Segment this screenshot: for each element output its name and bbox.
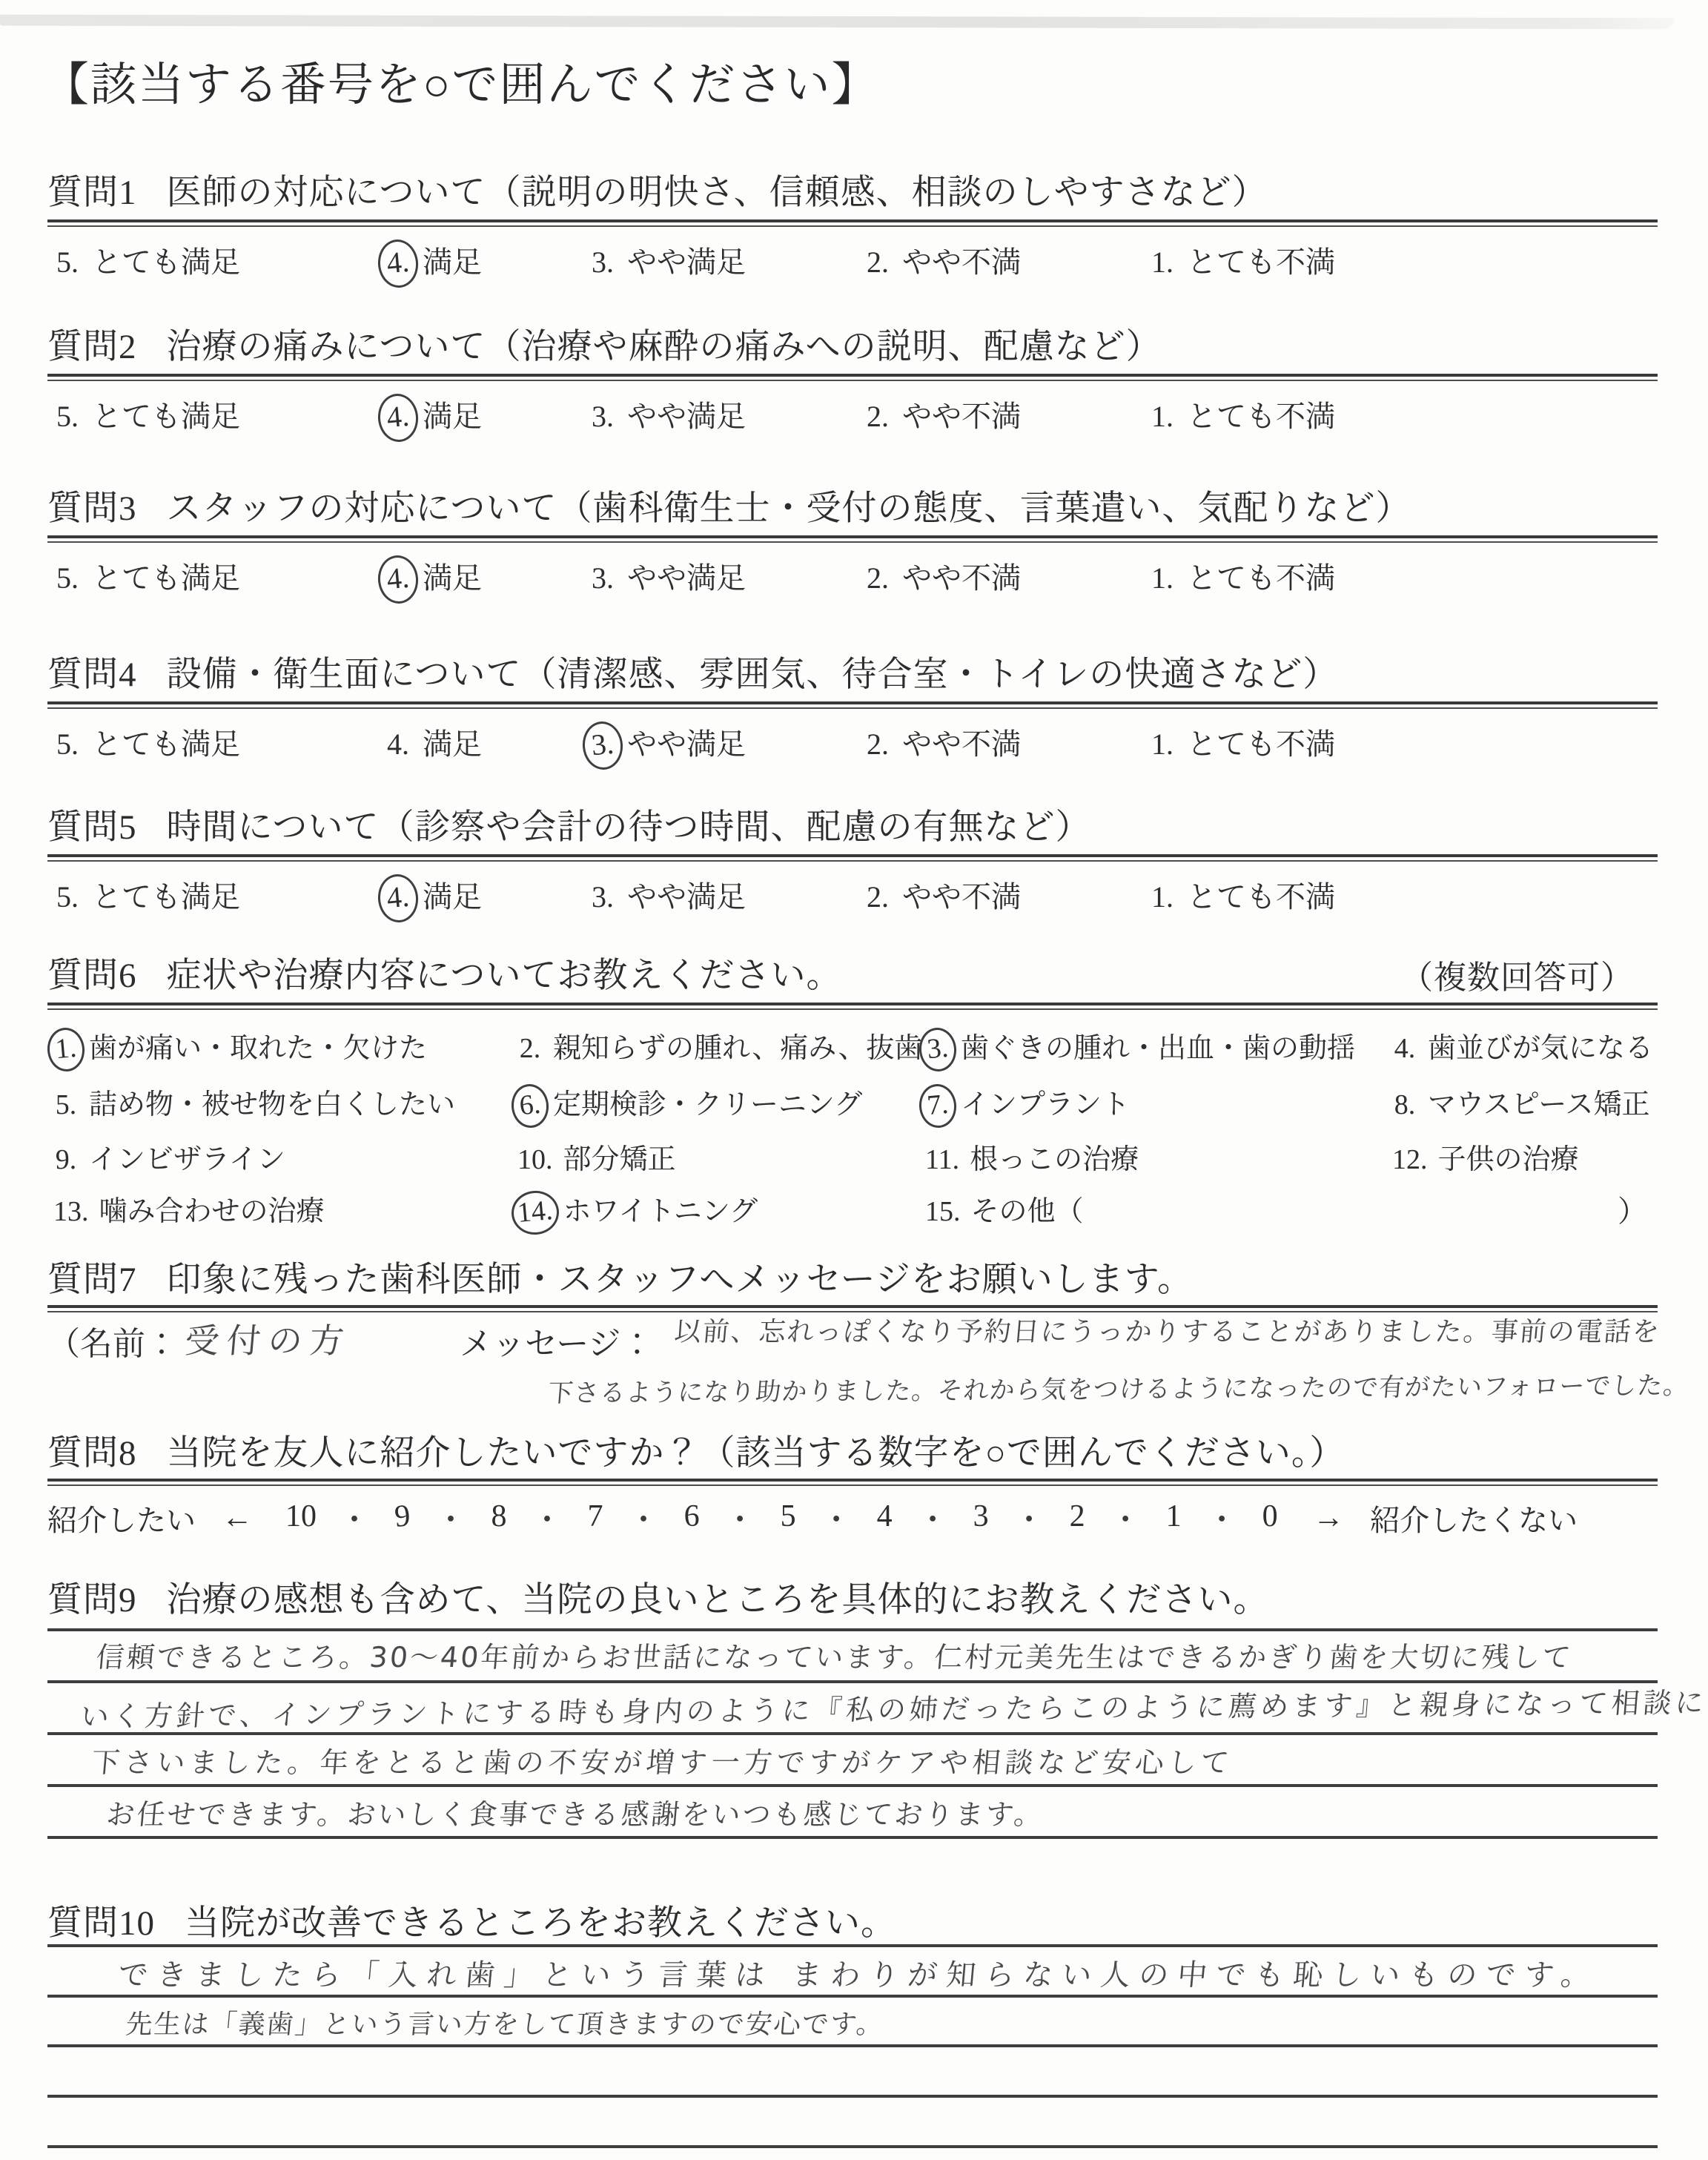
answer-rule [47,1628,1658,1631]
item-label: 定期検診・クリーニング [553,1089,862,1120]
question-topic: 治療の痛みについて（治療や麻酔の痛みへの説明、配慮など） [167,328,1162,366]
option-number: 1. [1142,874,1182,922]
option-label: やや満足 [627,880,746,914]
option-number: 4. [376,238,420,289]
scale-separator: ・ [532,1496,563,1540]
question-3-block: 質問3スタッフの対応について（歯科衛生士・受付の態度、言葉遣い、気配りなど） 5… [47,480,1661,530]
heading-underline [47,219,1658,227]
heading-underline [47,374,1658,381]
scale-separator: ・ [1110,1496,1141,1540]
symptom-item: 6.定期検診・クリーニング [512,1081,862,1128]
symptom-item: 11.根っこの治療 [919,1136,1139,1183]
rating-option: 1.とても不満 [1142,239,1335,288]
question-topic: 治療の感想も含めて、当院の良いところを具体的にお教えください。 [167,1581,1269,1619]
option-label: やや満足 [627,727,746,761]
name-label: （名前： [47,1317,178,1364]
option-number: 3. [583,555,623,604]
heading-underline [47,1003,1658,1010]
item-label: マウスピース矯正 [1428,1089,1649,1120]
rating-option: 1.とても不満 [1142,393,1335,442]
rating-option: 5.とても満足 [47,239,240,288]
answer-rule [47,1944,1658,1947]
symptom-item: 9.インビザライン [47,1136,285,1183]
message-area: （名前： 受付の方 メッセージ： 以前、忘れっぽくなり予約日にうっかりすることが… [47,1317,1708,1436]
symptom-item: 10.部分矯正 [512,1136,676,1183]
handwritten-answer-line: お任せできます。おいしく食事できる感謝をいつも感じております。 [105,1791,1047,1832]
question-7-heading: 質問7印象に残った歯科医師・スタッフへメッセージをお願いします。 [47,1252,1661,1301]
item-label: ホワイトニング [563,1196,758,1227]
scale-separator: ・ [724,1496,755,1540]
rating-option: 4.満足 [378,873,482,922]
rating-options-row: 5.とても満足 4.満足 3.やや満足 2.やや不満 1.とても不満 [47,239,1708,294]
handwritten-message-line1: 以前、忘れっぽくなり予約日にうっかりすることがありました。事前の電話を [673,1311,1662,1349]
scale-number: 0 [1253,1493,1287,1542]
option-label: とても満足 [92,400,240,433]
scale-number: 10 [279,1493,323,1542]
right-arrow-icon: → [1313,1500,1344,1536]
heading-underline [47,1479,1658,1486]
symptom-item: 5.詰め物・被せ物を白くしたい [47,1081,455,1128]
question-2-heading: 質問2治療の痛みについて（治療や麻酔の痛みへの説明、配慮など） [47,319,1661,369]
scale-left-label: 紹介したい [47,1497,196,1539]
rating-option: 2.やや不満 [858,393,1021,442]
question-8-block: 質問8当院を友人に紹介したいですか？（該当する数字を○で囲んでください。） 紹介… [47,1425,1661,1475]
other-close-paren: ） [1618,1188,1647,1230]
heading-underline [47,701,1658,709]
rating-options-row: 5.とても満足 4.満足 3.やや満足 2.やや不満 1.とても不満 [47,721,1708,776]
symptom-item: 15.その他（ [919,1188,1084,1235]
question-number: 質問1 [47,174,137,212]
option-label: やや不満 [902,880,1021,914]
rating-options-row: 5.とても満足 4.満足 3.やや満足 2.やや不満 1.とても不満 [47,555,1708,610]
question-1-heading: 質問1医師の対応について（説明の明快さ、信頼感、相談のしやすさなど） [47,165,1661,214]
question-topic: 印象に残った歯科医師・スタッフへメッセージをお願いします。 [167,1261,1193,1299]
left-arrow-icon: ← [222,1500,253,1536]
option-number: 2. [858,394,898,442]
question-number: 質問6 [47,957,137,995]
item-number: 8. [1386,1084,1423,1128]
item-number: 15. [919,1191,967,1235]
rating-option: 1.とても不満 [1142,721,1335,770]
option-label: やや満足 [627,400,746,433]
item-number: 10. [512,1139,559,1183]
scale-separator: ・ [339,1496,370,1540]
rating-option: 3.やや満足 [583,239,746,288]
item-number: 9. [47,1139,85,1183]
item-label: 子供の治療 [1438,1144,1579,1175]
option-number: 2. [858,874,898,922]
item-number: 11. [919,1139,965,1183]
option-label: やや満足 [627,245,746,279]
scale-separator: ・ [917,1496,948,1540]
item-number: 7. [918,1083,959,1129]
item-label: 歯が痛い・取れた・欠けた [89,1033,427,1064]
question-3-heading: 質問3スタッフの対応について（歯科衛生士・受付の態度、言葉遣い、気配りなど） [47,480,1661,530]
option-number: 5. [47,240,87,288]
rating-option: 4.満足 [378,239,482,288]
rating-option: 2.やや不満 [858,721,1021,770]
question-number: 質問4 [47,655,137,694]
symptom-item: 1.歯が痛い・取れた・欠けた [47,1025,427,1071]
item-label: 歯並びが気になる [1428,1033,1653,1064]
rating-option: 5.とても満足 [47,873,240,922]
answer-rule [47,1836,1658,1839]
option-number: 3. [580,720,624,771]
option-label: やや不満 [902,400,1021,433]
question-2-block: 質問2治療の痛みについて（治療や麻酔の痛みへの説明、配慮など） 5.とても満足 … [47,319,1661,369]
scale-number: 9 [383,1492,422,1544]
rating-option: 5.とても満足 [47,555,240,604]
option-label: やや満足 [627,561,746,595]
rating-option: 3.やや満足 [583,873,746,922]
option-number: 4. [376,392,420,443]
question-number: 質問2 [47,328,137,366]
heading-underline [47,535,1658,543]
question-5-block: 質問5時間について（診察や会計の待つ時間、配慮の有無など） 5.とても満足 4.… [47,799,1661,849]
handwritten-answer-line: 下さいました。年をとると歯の不安が増す一方ですがケアや相談など安心して [90,1740,1236,1780]
rating-option: 3.やや満足 [583,555,746,604]
question-6-block: 質問6症状や治療内容についてお教えください。 （複数回答可） 1.歯が痛い・取れ… [47,948,1661,997]
option-number: 5. [47,394,87,442]
option-label: とても不満 [1187,727,1335,761]
option-label: 満足 [423,880,482,914]
scale-right-label: 紹介したくない [1370,1497,1578,1539]
item-number: 1. [46,1026,87,1073]
item-number: 3. [918,1026,959,1073]
option-label: とても不満 [1187,245,1335,279]
scale-separator: ・ [1206,1496,1237,1540]
scale-number: 7 [578,1493,612,1542]
rating-options-row: 5.とても満足 4.満足 3.やや満足 2.やや不満 1.とても不満 [47,873,1708,928]
rating-option: 3.やや満足 [583,721,746,770]
item-label: インビザライン [89,1144,285,1175]
item-number: 4. [1386,1028,1423,1071]
rating-option: 4.満足 [378,555,482,604]
rating-option: 1.とても不満 [1142,555,1335,604]
scale-separator: ・ [1013,1496,1045,1540]
rating-option: 2.やや不満 [858,873,1021,922]
option-label: やや不満 [902,245,1021,279]
scale-number: 4 [867,1493,901,1542]
option-label: 満足 [423,561,482,595]
symptom-item: 4.歯並びが気になる [1386,1025,1653,1071]
question-9-block: 質問9治療の感想も含めて、当院の良いところを具体的にお教えください。 信頼できる… [47,1572,1661,1622]
page-title: 【該当する番号を○で囲んでください】 [43,47,878,113]
question-number: 質問5 [47,808,137,847]
option-label: とても満足 [92,245,240,279]
option-label: 満足 [423,400,482,433]
item-number: 12. [1386,1139,1434,1183]
item-number: 2. [512,1028,549,1071]
item-label: 親知らずの腫れ、痛み、抜歯 [553,1033,923,1064]
option-number: 2. [858,240,898,288]
item-number: 14. [510,1189,560,1236]
option-label: やや不満 [902,561,1021,595]
option-label: とても不満 [1187,400,1335,433]
scanned-survey-page: 【該当する番号を○で囲んでください】 質問1医師の対応について（説明の明快さ、信… [0,0,1708,2160]
question-6-heading: 質問6症状や治療内容についてお教えください。 （複数回答可） [47,948,1661,997]
symptom-item: 13.噛み合わせの治療 [47,1188,325,1235]
option-number: 4. [376,873,420,924]
rating-option: 3.やや満足 [583,393,746,442]
handwritten-answer-line: 信頼できるところ。30～40年前からお世話になっています。仁村元美先生はできるか… [95,1634,1575,1675]
scale-number: 6 [675,1493,709,1542]
scale-number: 5 [771,1493,805,1542]
option-number: 2. [858,721,898,770]
question-8-heading: 質問8当院を友人に紹介したいですか？（該当する数字を○で囲んでください。） [47,1425,1661,1475]
question-topic: 時間について（診察や会計の待つ時間、配慮の有無など） [167,808,1091,847]
question-topic: 当院が改善できるところをお教えください。 [185,1904,896,1943]
option-number: 4. [376,554,420,605]
item-label: 歯ぐきの腫れ・出血・歯の動揺 [961,1033,1355,1064]
item-label: 噛み合わせの治療 [99,1196,325,1227]
question-10-heading: 質問10当院が改善できるところをお教えください。 [47,1895,1661,1945]
item-number: 5. [47,1084,85,1128]
option-label: とても満足 [92,561,240,595]
question-topic: 設備・衛生面について（清潔感、雰囲気、待合室・トイレの快適さなど） [167,655,1339,694]
symptom-item: 2.親知らずの腫れ、痛み、抜歯 [512,1025,923,1071]
item-number: 13. [47,1191,95,1235]
scale-separator: ・ [628,1496,659,1540]
option-number: 1. [1142,394,1182,442]
item-label: インプラント [961,1089,1130,1120]
option-label: とても満足 [92,727,240,761]
scale-number: 2 [1060,1493,1094,1542]
question-topic: 医師の対応について（説明の明快さ、信頼感、相談のしやすさなど） [167,174,1268,212]
item-number: 6. [510,1083,551,1129]
item-label: 根っこの治療 [970,1144,1139,1175]
rating-option: 1.とても不満 [1142,873,1335,922]
item-label: 部分矯正 [563,1144,676,1175]
symptom-item: 14.ホワイトニング [512,1188,758,1235]
rating-option: 2.やや不満 [858,555,1021,604]
scale-number: 1 [1156,1493,1191,1542]
option-label: とても不満 [1187,880,1335,914]
symptom-row: 5.詰め物・被せ物を白くしたい 6.定期検診・クリーニング 7.インプラント 8… [47,1081,1708,1129]
symptom-row: 9.インビザライン 10.部分矯正 11.根っこの治療 12.子供の治療 [47,1136,1708,1183]
option-label: とても不満 [1187,561,1335,595]
option-number: 1. [1142,240,1182,288]
rating-option: 4.満足 [378,393,482,442]
option-number: 1. [1142,721,1182,770]
rating-option: 5.とても満足 [47,393,240,442]
answer-rule [47,1784,1658,1787]
question-number: 質問7 [47,1261,137,1299]
rating-option: 2.やや不満 [858,239,1021,288]
question-5-heading: 質問5時間について（診察や会計の待つ時間、配慮の有無など） [47,799,1661,849]
scan-edge-shadow [0,15,1674,30]
question-10-block: 質問10当院が改善できるところをお教えください。 できましたら「入れ歯」という言… [47,1895,1661,1945]
symptom-item: 12.子供の治療 [1386,1136,1579,1183]
question-topic: 症状や治療内容についてお教えください。 [167,957,842,995]
option-number: 5. [47,721,87,770]
scale-number: 8 [482,1493,516,1542]
scale-separator: ・ [435,1496,466,1540]
option-number: 3. [583,874,623,922]
handwritten-answer-line: いく方針で、インプラントにする時も身内のように『私の姉だったらこのように薦めます… [79,1679,1708,1734]
heading-underline [47,854,1658,862]
question-1-block: 質問1医師の対応について（説明の明快さ、信頼感、相談のしやすさなど） 5.とても… [47,165,1661,214]
message-label: メッセージ： [460,1317,653,1364]
symptom-item: 3.歯ぐきの腫れ・出血・歯の動揺 [919,1025,1355,1071]
symptom-item: 8.マウスピース矯正 [1386,1081,1649,1128]
handwritten-message-line2: 下さるようになり助かりました。それから気をつけるようになったので有がたいフォロー… [547,1365,1691,1410]
rating-option: 5.とても満足 [47,721,240,770]
option-number: 3. [583,240,623,288]
option-label: 満足 [423,727,482,761]
option-label: 満足 [423,245,482,279]
option-number: 5. [47,874,87,922]
question-topic: 当院を友人に紹介したいですか？（該当する数字を○で囲んでください。） [167,1434,1345,1473]
question-number: 質問9 [47,1581,137,1619]
symptom-item: 7.インプラント [919,1081,1130,1128]
question-number: 質問8 [47,1434,137,1473]
multi-answer-note: （複数回答可） [1400,951,1634,998]
answer-rule [47,2145,1658,2148]
question-9-heading: 質問9治療の感想も含めて、当院の良いところを具体的にお教えください。 [47,1572,1661,1622]
option-label: とても満足 [92,880,240,914]
rating-options-row: 5.とても満足 4.満足 3.やや満足 2.やや不満 1.とても不満 [47,393,1708,448]
handwritten-answer-line: 先生は「義歯」という言い方をして頂きますので安心です。 [125,2004,887,2041]
question-number: 質問3 [47,489,137,528]
question-4-heading: 質問4設備・衛生面について（清潔感、雰囲気、待合室・トイレの快適さなど） [47,647,1661,696]
rating-option: 4.満足 [378,721,482,770]
scale-separator: ・ [821,1496,852,1540]
question-4-block: 質問4設備・衛生面について（清潔感、雰囲気、待合室・トイレの快適さなど） 5.と… [47,647,1661,696]
option-number: 2. [858,555,898,604]
question-number: 質問10 [47,1904,155,1943]
option-number: 4. [378,721,418,770]
item-label: その他（ [971,1196,1084,1227]
handwritten-answer-line: できましたら「入れ歯」という言葉は まわりが知らない人の中でも恥しいものです。 [117,1952,1602,1994]
answer-rule [47,2044,1658,2047]
question-topic: スタッフの対応について（歯科衛生士・受付の態度、言葉遣い、気配りなど） [167,489,1411,528]
scale-number: 3 [964,1493,998,1542]
item-label: 詰め物・被せ物を白くしたい [89,1089,455,1120]
answer-rule [47,2095,1658,2098]
question-7-block: 質問7印象に残った歯科医師・スタッフへメッセージをお願いします。 （名前： 受付… [47,1252,1661,1301]
option-number: 3. [583,394,623,442]
symptom-row: 1.歯が痛い・取れた・欠けた 2.親知らずの腫れ、痛み、抜歯 3.歯ぐきの腫れ・… [47,1025,1708,1072]
recommend-scale: 紹介したい ← 10 ・ 9 ・ 8 ・ 7 ・ 6 ・ 5 ・ 4 ・ 3 ・… [47,1493,1578,1542]
option-number: 1. [1142,555,1182,604]
answer-rule [47,1995,1658,1998]
handwritten-name: 受付の方 [183,1314,354,1363]
option-number: 5. [47,555,87,604]
option-label: やや不満 [902,727,1021,761]
symptom-row: 13.噛み合わせの治療 14.ホワイトニング 15.その他（ ） [47,1188,1708,1235]
